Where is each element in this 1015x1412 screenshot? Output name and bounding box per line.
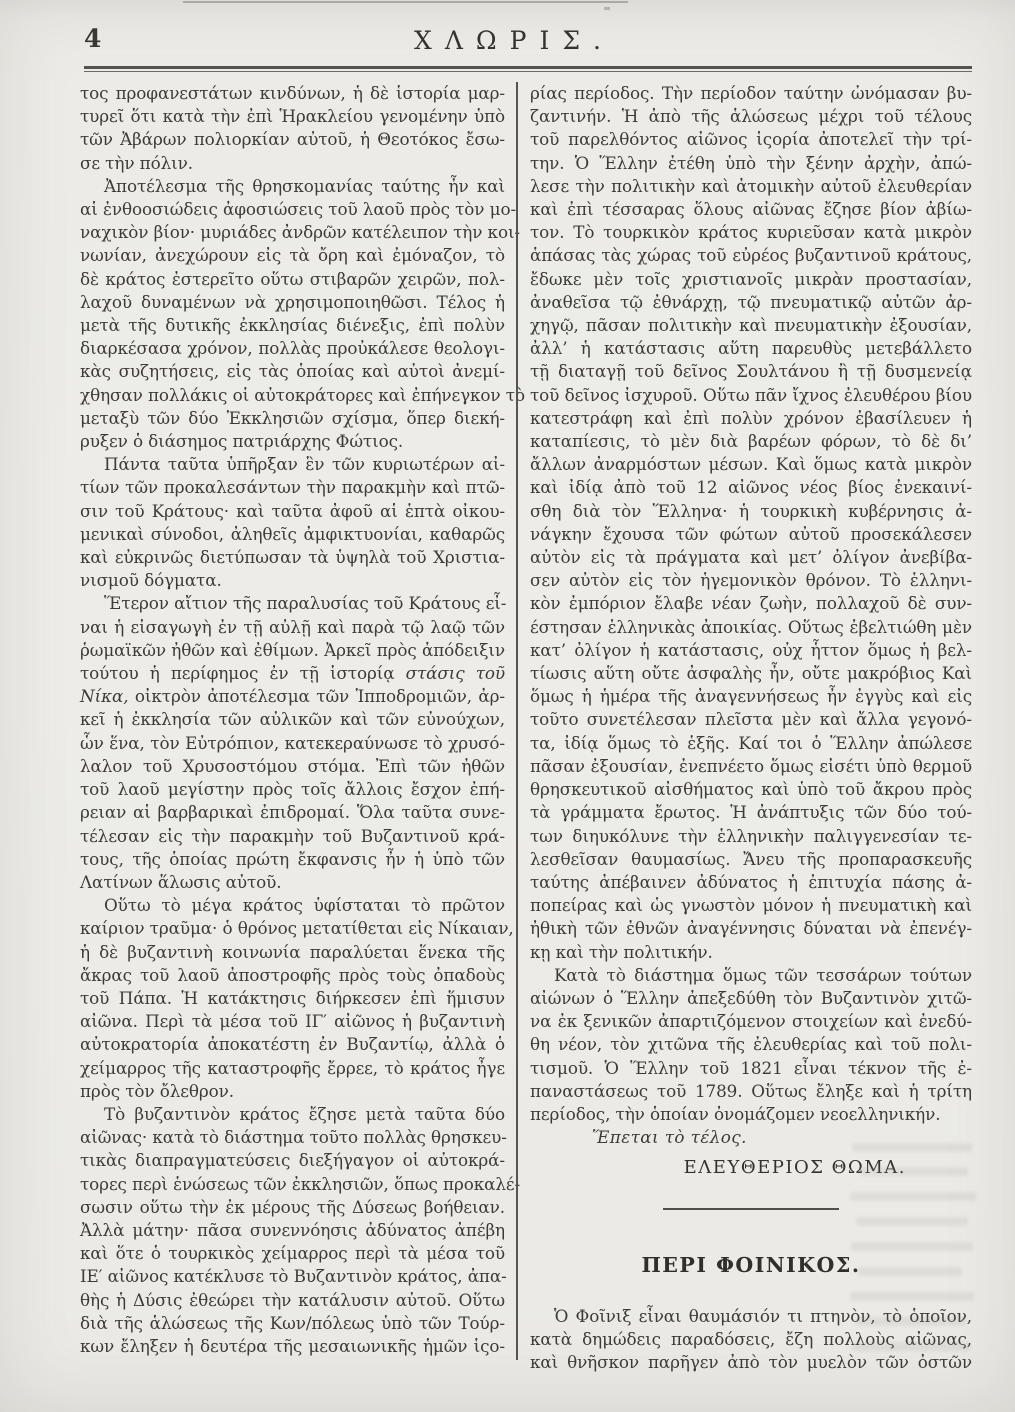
masthead-title: ΧΛΩΡΙΣ. [0, 26, 1015, 55]
text-line: σθη διὰ τὸν Ἕλληνα· ἡ τουρκικὴ κυβέρνησι… [530, 500, 972, 523]
text-line: ἡ δὲ βυζαντινὴ κοινωνία παραλύεται ἕνεκα… [80, 941, 505, 964]
text-line: τοῦ Πάπα. Ἡ κατάκτησις διήρκεσεν ἐπὶ ἥμι… [80, 987, 505, 1010]
text-line: ἄκρας τοῦ λαοῦ ἀποστροφῆς πρὸς τοὺς ὀπαδ… [80, 964, 505, 987]
text-line: κατ’ ὀλίγον ἡ κατάστασις, οὐχ ἧττον ὅμως… [530, 639, 972, 662]
text-line: τὰ γράμματα ἔρωτος. Ἡ ἀνάπτυξις τῶν δύο … [530, 801, 972, 824]
text-line: κὸν ἐμπόριον ἔλαβε νέαν ζωὴν, πολλαχοῦ δ… [530, 592, 972, 615]
text-line: Οὕτω τὸ μέγα κράτος ὑφίσταται τὸ πρῶτον [80, 894, 505, 917]
text-line: χείμαρρος τῆς καταστροφῆς ἔρρεε, τὸ κράτ… [80, 1057, 505, 1080]
text-line: καὶ ἐπὶ τέσσαρας ὅλους αἰῶνας ἔζησε βίον… [530, 198, 972, 221]
text-line: τίωσις αὕτη οὔτε ἀσφαλὴς ἦν, οὔτε μακρόβ… [530, 662, 972, 685]
text-line: ρίας περίοδος. Τὴν περίοδον ταύτην ὠνόμα… [530, 82, 972, 105]
text-line: κὰς συζητήσεις, εἰς τὰς ὁποίας καὶ αὐτοὶ… [80, 360, 505, 383]
bleed-through-artifact [852, 1143, 972, 1152]
text-line: καταπίεσις, τὸ μὲν διὰ βαρέων φόρων, τὸ … [530, 430, 972, 453]
text-line: τορες περὶ ἑνώσεως τῶν ἐκκλησιῶν, ὅπως π… [80, 1173, 505, 1196]
text-line: τικὰς διαπραγματεύσεις διεξήγαγον οἱ αὐτ… [80, 1149, 505, 1172]
newspaper-page: 4 ΧΛΩΡΙΣ. τος προφανεστάτων κινδύνων, ἡ … [0, 0, 1015, 1412]
text-line: καὶ ἰδίᾳ ἀπὸ τοῦ 12 αἰῶνος νέος βίος ἐνε… [530, 476, 972, 499]
text-line: ἄλλων ἀναρμόστων μέσων. Καὶ ὅμως κατὰ μι… [530, 453, 972, 476]
text-line: τισμοῦ. Ὁ Ἕλλην τοῦ 1821 εἶναι τέκνον τῆ… [530, 1057, 972, 1080]
text-line: καὶ θνῆσκον παρῆγεν ἀπὸ τὸν μυελὸν τῶν ὀ… [530, 1351, 972, 1374]
text-line: Τὸ βυζαντινὸν κράτος ἔζησε μετὰ ταῦτα δύ… [80, 1103, 505, 1126]
text-line: έστησαν ἑλληνικὰς ἀποικίας. Οὕτως ἐβελτι… [530, 616, 972, 639]
text-line: θη νέον, τὸν χιτῶνα τῆς ἐλευθερίας καὶ τ… [530, 1033, 972, 1056]
header-double-rule [84, 66, 972, 72]
text-line: Λατίνων ἅλωσις αὐτοῦ. [80, 871, 505, 894]
text-line: τοῦ παρελθόντος αἰῶνος ἱςορία ἀποτελεῖ τ… [530, 128, 972, 151]
text-line: καὶ ὅτε ὁ τουρκικὸς χείμαρρος περὶ τὰ μέ… [80, 1242, 505, 1265]
text-line: αὐτοκρατορία ἀποκατέστη ἐν Βυζαντίῳ, ἀλλ… [80, 1033, 505, 1056]
text-line: ναχικὸν βίον· μυριάδες ἀνδρῶν κατέλειπον… [80, 221, 505, 244]
bleed-through-artifact [850, 1192, 976, 1201]
text-line: αἰῶνα. Περὶ τὰ μέσα τοῦ ΙΓ′ αἰῶνος ἡ βυζ… [80, 1010, 505, 1033]
text-line: κῃ καὶ τὴν πολιτικήν. [530, 941, 972, 964]
text-line: τῇ διαταγῇ τοῦ δεῖνος Σουλτάνου ἢ τῇ δυσ… [530, 360, 972, 383]
left-column: τος προφανεστάτων κινδύνων, ἡ δὲ ἱστορία… [80, 82, 505, 1374]
text-line: αὐτὸν εἰς τὰ πράγματα καὶ μετ’ ὀλίγον ἀν… [530, 546, 972, 569]
bleed-through-artifact [850, 1292, 974, 1301]
bleed-through-artifact [851, 1242, 973, 1251]
text-line: πᾶσαν ἐξουσίαν, ἐνεπνέετο ὅμως εἰσέτι ὑπ… [530, 755, 972, 778]
bleed-through-artifact [852, 1342, 970, 1351]
text-line: ἀλλ’ ἡ κατάστασις αὕτη παρευθὺς μετεβάλλ… [530, 337, 972, 360]
text-line: χηγῷ, πᾶσαν πολιτικὴν καὶ πνευματικὴν ἐξ… [530, 314, 972, 337]
text-line: τα, ἰδίᾳ ὅμως τὸ ἑξῆς. Καί τοι ὁ Ἕλλην ἀ… [530, 732, 972, 755]
text-line: τούτου ἡ περίφημος ἐν τῇ ἱστορίᾳ στάσις … [80, 662, 505, 685]
text-segment: οἰκτρὸν ἀποτέλεσμα τῶν Ἱπποδρομιῶν, ἀρ- [128, 686, 505, 706]
text-line: των διηυκόλυνε τὴν ἑλληνικὴν παλιγγενεσί… [530, 825, 972, 848]
bleed-through-artifact [860, 1167, 968, 1176]
text-line: μενικαὶ σύνοδοι, ἀληθεῖς ἀμφικτυονίαι, κ… [80, 523, 505, 546]
text-line: τέλεσαν εἰς τὴν παρακμὴν τοῦ Βυζαντινοῦ … [80, 825, 505, 848]
text-line: ἀναθεῖσα τῷ ἐθνάρχῃ, τῷ πνευματικῷ αὐτῶν… [530, 291, 972, 314]
bleed-through-artifact [856, 1317, 966, 1326]
text-line: ταύτης ἀπέβαινεν ἀδύνατος ἡ ἐπιτυχία πάσ… [530, 871, 972, 894]
text-line: Ἕτερον αἴτιον τῆς παραλυσίας τοῦ Κράτους… [80, 592, 505, 615]
text-line: σιν τοῦ Κράτους· καὶ ταῦτα ἀφοῦ αἱ ἑπτὰ … [80, 500, 505, 523]
text-line: ὧν ἕνα, τὸν Εὐτρόπιον, κατεκεραύνωσε τὸ … [80, 732, 505, 755]
text-line: αἰώνων ὁ Ἕλλην ἀπεξεδύθη τὸν Βυζαντινὸν … [530, 987, 972, 1010]
text-line: διαρκέσασα χρόνον, πολλὰς προὐκάλεσε θεο… [80, 337, 505, 360]
text-line: αἱ ἐνθοοσιώδεις ἀφοσιώσεις τοῦ λαοῦ πρὸς… [80, 198, 505, 221]
text-line: ρυξεν ὁ διάσημος πατριάρχης Φώτιος. [80, 430, 505, 453]
text-line: να ἐκ ξενικῶν ἀπαρτιζόμενον στοιχείων κα… [530, 1010, 972, 1033]
text-line: τυρεῖ ὅτι κατὰ τὴν ἐπὶ Ἡρακλείου γενομέν… [80, 105, 505, 128]
page-number: 4 [84, 24, 102, 53]
text-line: θὴς ἡ Δύσις ἐθεώρει τὴν κατάλυσιν αὐτοῦ.… [80, 1289, 505, 1312]
text-line: ναι ἡ εἰσαγωγὴ ἐν τῇ αὐλῇ καὶ παρὰ τῷ λα… [80, 616, 505, 639]
text-line: τοῦ λαοῦ μεγίστην πρὸς τοῖς ἄλλοις ἔσχον… [80, 778, 505, 801]
text-line: την. Ὁ Ἕλλην ἐτέθη ὑπὸ τὴν ξένην ἀρχὴν, … [530, 152, 972, 175]
text-line: αἰῶνας· κατὰ τὸ διάστημα τοῦτο πολλὰς θρ… [80, 1126, 505, 1149]
text-line: τον. Τὸ τουρκικὸν κράτος κυριεῦσαν κατὰ … [530, 221, 972, 244]
column-divider-rule [516, 82, 518, 1360]
text-line: σε τὴν πόλιν. [80, 152, 505, 175]
text-line: σεν αὐτὸν εἰς τὸν ἡγεμονικὸν θρόνον. Τὸ … [530, 569, 972, 592]
text-line: ἔδωκε μὲν τοῖς χριστιανοῖς μικρὰν προστα… [530, 268, 972, 291]
text-line: τῶν Ἀβάρων πολιορκίαν αὐτοῦ, ἡ Θεοτόκος … [80, 128, 505, 151]
text-line: κεῖ ἡ ἐκκλησία τῶν αὐλικῶν καὶ τῶν εὐνού… [80, 708, 505, 731]
text-line: τοῦτο συνετέλεσαν πλεῖστα μὲν καὶ ἄλλα γ… [530, 708, 972, 731]
right-column: ρίας περίοδος. Τὴν περίοδον ταύτην ὠνόμα… [530, 82, 972, 1374]
text-line: Πάντα ταῦτα ὑπῆρξαν ἓν τῶν κυριωτέρων αἰ… [80, 453, 505, 476]
text-body: τος προφανεστάτων κινδύνων, ἡ δὲ ἱστορία… [80, 82, 972, 1374]
emphasized-text: στάσις τοῦ [406, 663, 505, 683]
text-line: μετὰ τῆς δυτικῆς ἐκκλησίας διένεξις, ἐπὶ… [80, 314, 505, 337]
text-line: Κατὰ τὸ διάστημα ὅμως τῶν τεσσάρων τούτω… [530, 964, 972, 987]
text-line: κων ἔληξεν ἡ δευτέρα τῆς μεσαιωνικῆς ἡμῶ… [80, 1335, 505, 1358]
text-line: ποπείρας καὶ ὡς γνωστὸν μόνον ἡ πνευματι… [530, 894, 972, 917]
page-header: 4 ΧΛΩΡΙΣ. [0, 0, 1015, 57]
text-line: χθησαν πολλάκις οἱ αὐτοκράτορες καὶ ἐπήν… [80, 384, 505, 407]
text-line: καίριον τραῦμα· ὁ θρόνος μετατίθεται εἰς… [80, 917, 505, 940]
text-line: παναστάσεως τοῦ 1789. Οὕτως ἔληξε καὶ ἡ … [530, 1080, 972, 1103]
text-line: Ἀποτέλεσμα τῆς θρησκομανίας ταύτης ἦν κα… [80, 175, 505, 198]
text-line: Νίκα, οἰκτρὸν ἀποτέλεσμα τῶν Ἱπποδρομιῶν… [80, 685, 505, 708]
text-line: περίοδος, τὴν ὁποίαν ὀνομάζομεν νεοελλην… [530, 1103, 972, 1126]
text-line: τους, τῆς ὁποίας πρώτη ἔκφανσις ἦν ἡ ὑπὸ… [80, 848, 505, 871]
text-line: τίων τῶν προκαλεσάντων τὴν παρακμὴν καὶ … [80, 476, 505, 499]
text-line: ἠθικὴ τῶν ἐθνῶν ἀναγέννησις δύναται νὰ ἐ… [530, 917, 972, 940]
text-line: σωσιν οὕτω τὴν ἐκ μέρους τῆς Δύσεως βοήθ… [80, 1196, 505, 1219]
text-line: ζαντινήν. Ἡ ἀπὸ τῆς ἁλώσεως μέχρι τοῦ τέ… [530, 105, 972, 128]
text-line: μεταξὺ τῶν δύο Ἐκκλησιῶν σχίσμα, ὅπερ δι… [80, 407, 505, 430]
text-line: λαχοῦ δυναμένων νὰ χρησιμοποιηθῶσι. Τέλο… [80, 291, 505, 314]
text-line: τος προφανεστάτων κινδύνων, ἡ δὲ ἱστορία… [80, 82, 505, 105]
text-line: τοῦ δεῖνος ἰσχυροῦ. Οὕτω πᾶν ἴχνος ἐλευθ… [530, 384, 972, 407]
bleed-through-artifact [858, 1267, 962, 1276]
text-line: κατεστράφη καὶ ἐπὶ πολὺν χρόνον ἐβασίλευ… [530, 407, 972, 430]
bleed-through-artifact [856, 1217, 968, 1226]
text-line: νωνίαν, ἀνεχώρουν εἰς τὰ ὄρη καὶ ἐμόναζο… [80, 244, 505, 267]
text-line: ὅμως ἡ ἡμέρα τῆς ἀναγεννήσεως ἦν ἐγγὺς κ… [530, 685, 972, 708]
section-divider-rule [663, 1208, 839, 1210]
text-line: ἁπάσας τὰς χώρας τοῦ εὐρέος βυζαντινοῦ κ… [530, 244, 972, 267]
text-line: νάγκην ἔχουσα τῶν φώτων αὐτοῦ προσεκάλεσ… [530, 523, 972, 546]
text-line: λεσθεῖσαν θαυμασίως. Ἄνευ τῆς προπαρασκε… [530, 848, 972, 871]
text-line: λεσε τὴν πολιτικὴν καὶ ἀτομικὴν αὐτοῦ ἐλ… [530, 175, 972, 198]
text-line: Ἀλλὰ μάτην· πᾶσα συνεννόησις ἀδύνατος ἀπ… [80, 1219, 505, 1242]
text-line: ῥωμαϊκῶν ἠθῶν καὶ ἐθίμων. Ἀρκεῖ πρὸς ἀπό… [80, 639, 505, 662]
text-line: δὲ κράτος ἐστερεῖτο οὕτω στιβαρῶν χειρῶν… [80, 268, 505, 291]
text-line: καὶ εὐκρινῶς διετύπωσαν τὰ ὑψηλὰ τοῦ Χρι… [80, 546, 505, 569]
text-line: νισμοῦ δόγματα. [80, 569, 505, 592]
text-line: ρειαν αἱ βαρβαρικαὶ ἐπιδρομαί. Ὅλα ταῦτα… [80, 801, 505, 824]
text-line: θρησκευτικοῦ αἰσθήματος καὶ ὑπὸ τοῦ ἄκρο… [530, 778, 972, 801]
text-line: λαλον τοῦ Χρυσοστόμου στόμα. Ἐπὶ τῶν ἠθῶ… [80, 755, 505, 778]
text-line: ΙΕ′ αἰῶνος κατέκλυσε τὸ Βυζαντινὸν κράτο… [80, 1265, 505, 1288]
text-line: πρὸς τὸν ὄλεθρον. [80, 1080, 505, 1103]
text-segment: τούτου ἡ περίφημος ἐν τῇ ἱστορίᾳ [80, 663, 406, 683]
text-line: διὰ τῆς ἁλώσεως τῆς Κων/πόλεως ὑπὸ τῶν Τ… [80, 1312, 505, 1335]
emphasized-text: Νίκα, [80, 686, 128, 706]
